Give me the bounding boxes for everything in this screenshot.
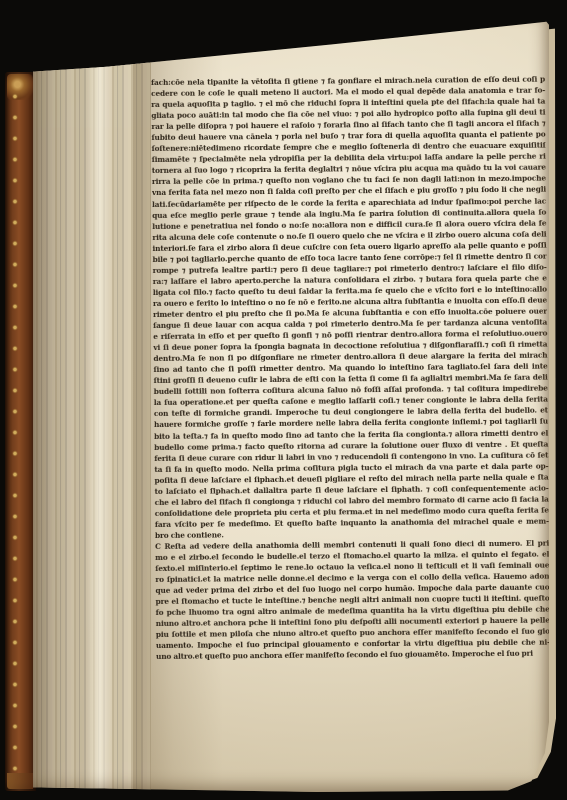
spine-gold-stamps (9, 86, 21, 778)
paragraph: fach:cōe nela tipanite la vētoſita ſi gt… (151, 74, 549, 541)
paragraph: C Reſta ad vedere della anathomia delli … (155, 538, 550, 663)
text-block: fach:cōe nela tipanite la vētoſita ſi gt… (151, 74, 550, 663)
book-spine (5, 72, 36, 791)
book-page: fach:cōe nela tipanite la vētoſita ſi gt… (33, 14, 549, 792)
book-photo: fach:cōe nela tipanite la vētoſita ſi gt… (0, 0, 567, 800)
spine-tailcap (7, 773, 33, 789)
text-line: uno altro.et queſto puo anchora eſſer ma… (156, 648, 550, 662)
page-edge-highlight (87, 14, 113, 792)
